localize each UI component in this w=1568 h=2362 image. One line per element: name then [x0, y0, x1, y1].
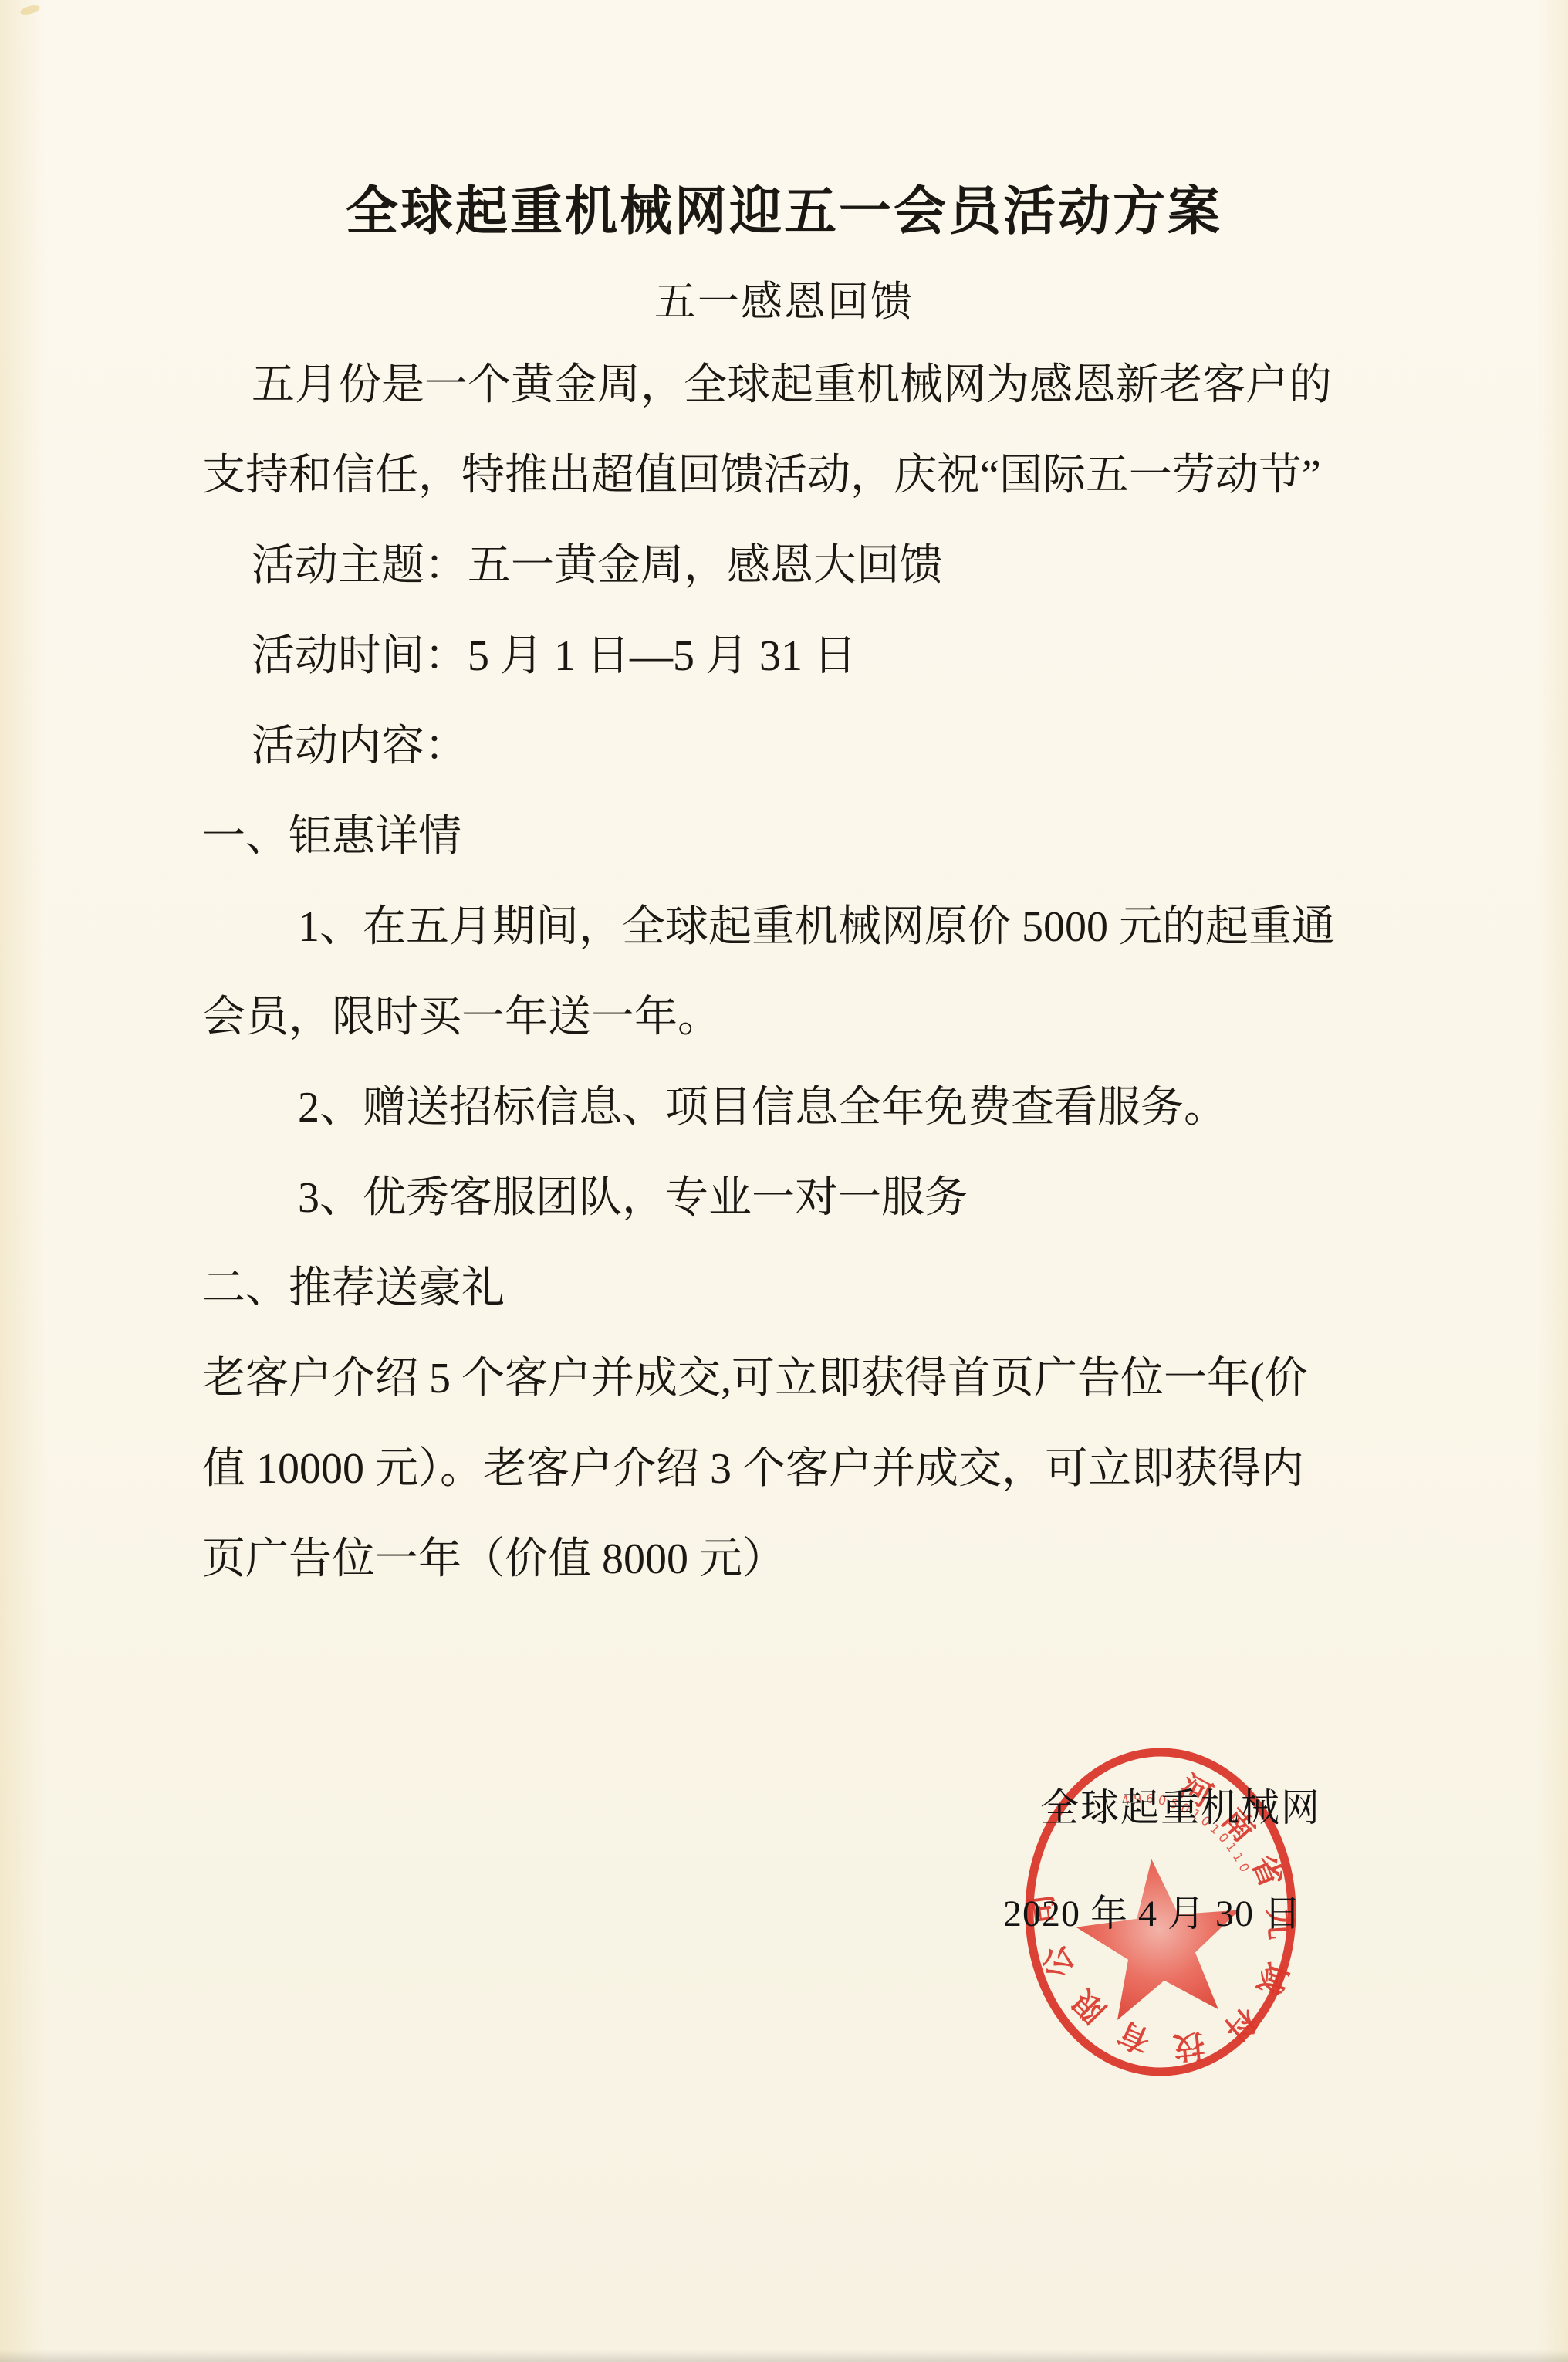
body-line: 页广告位一年（价值 8000 元） [202, 1534, 1406, 1624]
document-page: 全球起重机械网迎五一会员活动方案 五一感恩回馈 五月份是一个黄金周，全球起重机械… [0, 0, 1568, 2362]
page-subtitle: 五一感恩回馈 [0, 269, 1568, 328]
body-text: 五月份是一个黄金周，全球起重机械网为感恩新老客户的支持和信任，特推出超值回馈活动… [202, 360, 1406, 1624]
body-line: 老客户介绍 5 个客户并成交,可立即获得首页广告位一年(价 [202, 1353, 1406, 1443]
body-line: 支持和信任，特推出超值回馈活动，庆祝“国际五一劳动节” [202, 450, 1406, 540]
body-line: 1、在五月期间，全球起重机械网原价 5000 元的起重通 [202, 902, 1406, 992]
body-line: 活动内容： [202, 721, 1406, 811]
signature-date: 2020 年 4 月 30 日 [1003, 1883, 1302, 1937]
signature-company: 全球起重机械网 [1040, 1777, 1321, 1832]
scan-tint-right [1537, 0, 1568, 2362]
body-line: 会员，限时买一年送一年。 [202, 992, 1406, 1082]
body-line: 活动时间：5 月 1 日—5 月 31 日 [202, 631, 1406, 721]
scan-edge-shadow [0, 2350, 1568, 2362]
scan-speck [19, 4, 41, 16]
page-title: 全球起重机械网迎五一会员活动方案 [0, 170, 1568, 245]
body-line: 一、钜惠详情 [202, 811, 1406, 902]
body-line: 3、优秀客服团队，专业一对一服务 [202, 1173, 1406, 1263]
scan-tint-left [0, 0, 46, 2362]
body-line: 五月份是一个黄金周，全球起重机械网为感恩新老客户的 [202, 360, 1406, 450]
body-line: 二、推荐送豪礼 [202, 1263, 1406, 1353]
body-line: 活动主题：五一黄金周，感恩大回馈 [202, 540, 1406, 631]
body-line: 值 10000 元）。老客户介绍 3 个客户并成交，可立即获得内 [202, 1443, 1406, 1534]
body-line: 2、赠送招标信息、项目信息全年免费查看服务。 [202, 1082, 1406, 1173]
